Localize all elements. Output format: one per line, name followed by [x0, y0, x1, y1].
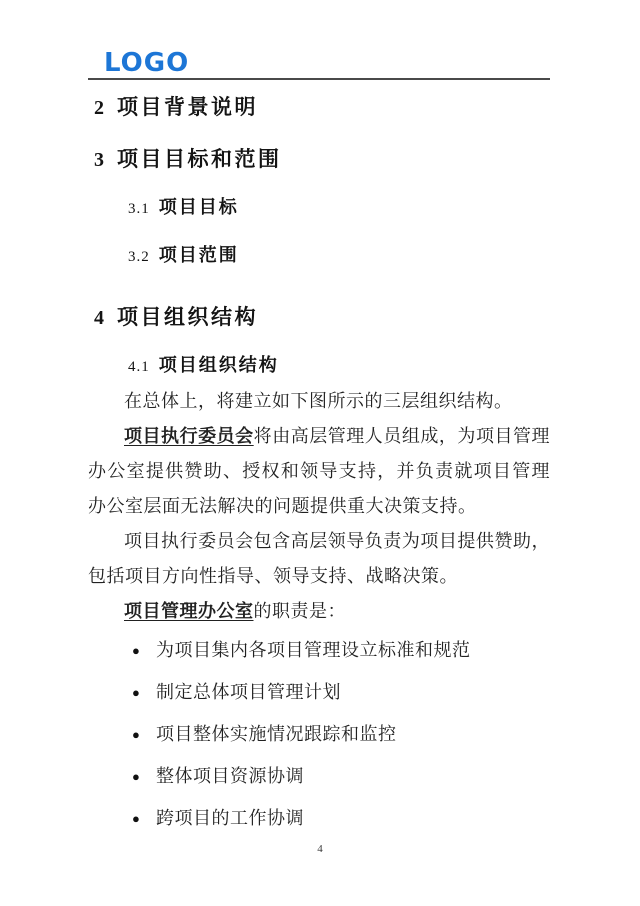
heading-title: 项目范围 — [159, 245, 239, 265]
heading-title: 项目组织结构 — [159, 355, 279, 375]
list-item-text: 整体项目资源协调 — [156, 766, 304, 786]
paragraph-steering-committee: 项目执行委员会将由高层管理人员组成，为项目管理办公室提供赞助、授权和领导支持，并… — [88, 419, 550, 524]
page-number: 4 — [0, 843, 640, 855]
subheading-4-1: 4.1项目组织结构 — [128, 354, 550, 378]
list-item: ●项目整体实施情况跟踪和监控 — [132, 717, 550, 752]
list-item-text: 跨项目的工作协调 — [156, 808, 304, 828]
heading-title: 项目目标和范围 — [117, 147, 282, 171]
paragraph-sponsorship: 项目执行委员会包含高层领导负责为项目提供赞助，包括项目方向性指导、领导支持、战略… — [88, 524, 550, 594]
list-item: ●整体项目资源协调 — [132, 759, 550, 794]
list-item-text: 项目整体实施情况跟踪和监控 — [156, 724, 397, 744]
paragraph-overview: 在总体上，将建立如下图所示的三层组织结构。 — [88, 384, 550, 419]
heading-3: 3项目目标和范围 — [94, 147, 550, 172]
page-header: LOGO — [88, 50, 550, 80]
subheading-3-1: 3.1项目目标 — [128, 196, 550, 220]
heading-4: 4项目组织结构 — [94, 305, 550, 330]
paragraph-text: 的职责是： — [254, 601, 347, 621]
paragraph-pmo-duties: 项目管理办公室的职责是： — [88, 594, 550, 629]
bullet-icon: ● — [132, 633, 140, 668]
list-item: ●跨项目的工作协调 — [132, 801, 550, 836]
heading-2: 2项目背景说明 — [94, 95, 550, 120]
list-item: ●为项目集内各项目管理设立标准和规范 — [132, 633, 550, 668]
list-item-text: 为项目集内各项目管理设立标准和规范 — [156, 640, 471, 660]
heading-number: 3.1 — [128, 201, 150, 217]
term-pmo: 项目管理办公室 — [124, 601, 254, 621]
bullet-icon: ● — [132, 801, 140, 836]
heading-title: 项目背景说明 — [117, 95, 258, 119]
bullet-icon: ● — [132, 717, 140, 752]
heading-number: 2 — [94, 97, 104, 119]
list-item-text: 制定总体项目管理计划 — [156, 682, 341, 702]
document-body: 2项目背景说明 3项目目标和范围 3.1项目目标 3.2项目范围 4项目组织结构… — [88, 95, 550, 836]
pmo-duty-list: ●为项目集内各项目管理设立标准和规范 ●制定总体项目管理计划 ●项目整体实施情况… — [88, 633, 550, 836]
heading-title: 项目目标 — [159, 197, 239, 217]
heading-number: 4 — [94, 307, 104, 329]
subheading-3-2: 3.2项目范围 — [128, 244, 550, 268]
logo: LOGO — [104, 50, 550, 76]
heading-number: 4.1 — [128, 359, 150, 375]
list-item: ●制定总体项目管理计划 — [132, 675, 550, 710]
heading-title: 项目组织结构 — [117, 305, 258, 329]
bullet-icon: ● — [132, 759, 140, 794]
document-page: LOGO 2项目背景说明 3项目目标和范围 3.1项目目标 3.2项目范围 4项… — [0, 0, 640, 906]
heading-number: 3 — [94, 149, 104, 171]
heading-number: 3.2 — [128, 249, 150, 265]
header-rule — [88, 78, 550, 80]
term-steering-committee: 项目执行委员会 — [124, 426, 254, 446]
bullet-icon: ● — [132, 675, 140, 710]
